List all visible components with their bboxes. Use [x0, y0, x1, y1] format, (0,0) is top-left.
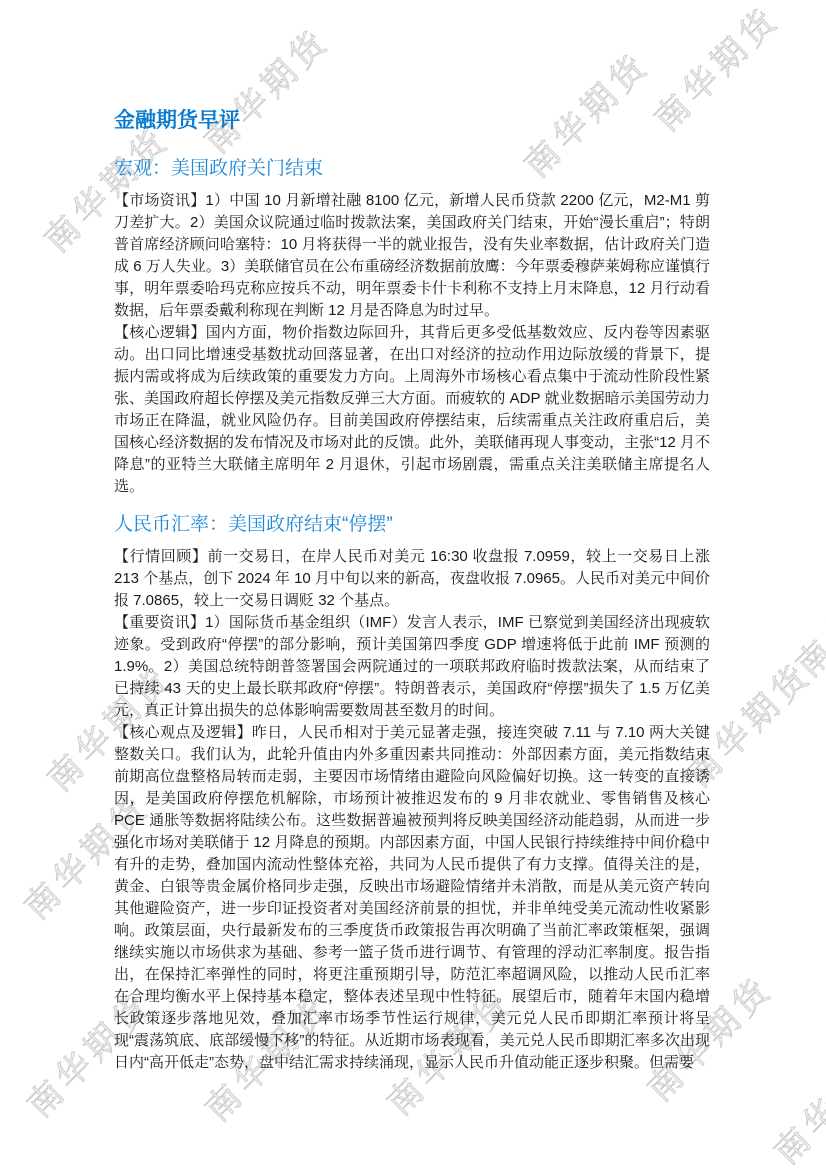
section-heading-macro: 宏观：美国政府关门结束: [114, 156, 710, 182]
watermark-text: 南华期货: [783, 539, 826, 687]
paragraph-key-news: 【重要资讯】1）国际货币基金组织（IMF）发言人表示，IMF 已察觉到美国经济出…: [114, 612, 710, 722]
section-heading-rmb-fx: 人民币汇率：美国政府结束“停摆”: [114, 512, 710, 538]
report-page: 南华期货南华期货南华期货南华期货南华期货南华期货南华期货南华期货南华期货南华期货…: [0, 0, 826, 1169]
report-title: 金融期货早评: [114, 106, 710, 136]
paragraph-core-logic: 【核心逻辑】国内方面，物价指数边际回升，其背后更多受低基数效应、反内卷等因素驱动…: [114, 322, 710, 498]
paragraph-market-info: 【市场资讯】1）中国 10 月新增社融 8100 亿元，新增人民币贷款 2200…: [114, 190, 710, 322]
watermark-text: 南华期货: [761, 1026, 826, 1169]
paragraph-market-review: 【行情回顾】前一交易日，在岸人民币对美元 16:30 收盘报 7.0959，较上…: [114, 546, 710, 612]
report-content: 金融期货早评 宏观：美国政府关门结束 【市场资讯】1）中国 10 月新增社融 8…: [114, 0, 710, 1074]
paragraph-core-view: 【核心观点及逻辑】昨日，人民币相对于美元显著走强，接连突破 7.11 与 7.1…: [114, 722, 710, 1074]
